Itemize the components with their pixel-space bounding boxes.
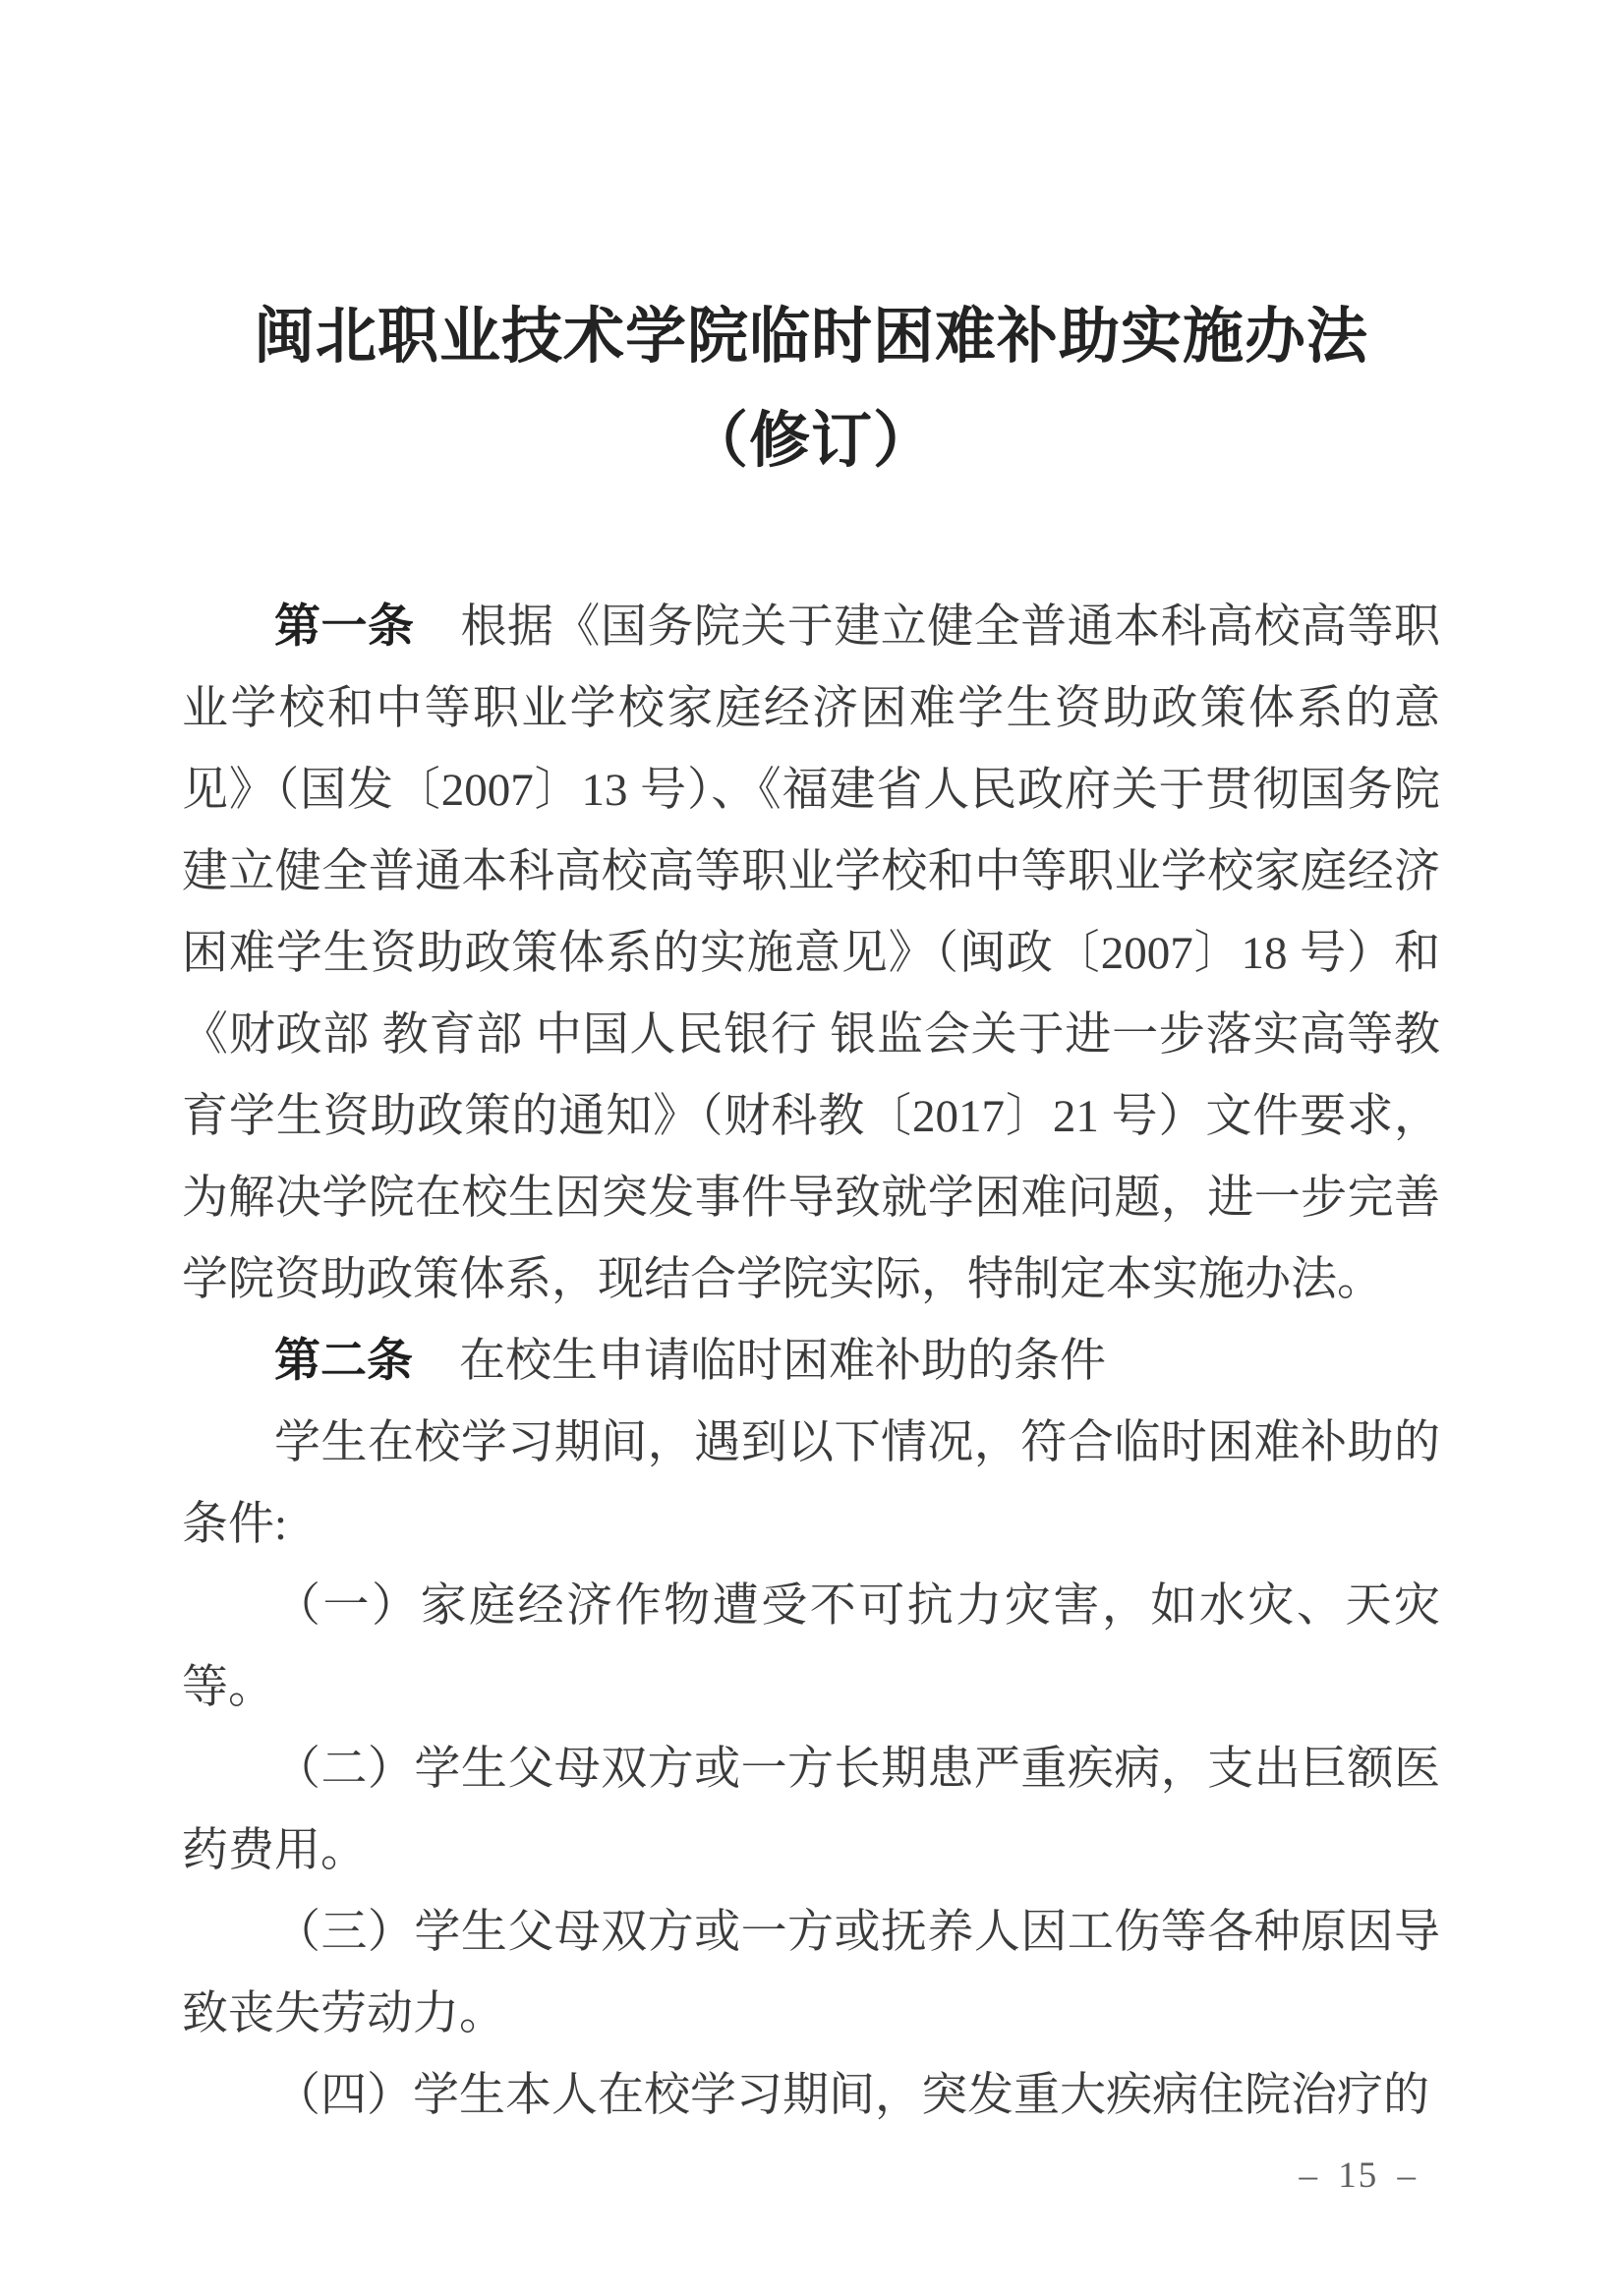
- conditions-intro-paragraph: 学生在校学习期间，遇到以下情况，符合临时困难补助的条件:: [182, 1403, 1440, 1566]
- title-main: 闽北职业技术学院临时困难补助实施办法: [0, 285, 1622, 389]
- title-revision: （修订）: [0, 389, 1622, 493]
- document-title: 闽北职业技术学院临时困难补助实施办法 （修订）: [0, 285, 1622, 493]
- article-2-text: 在校生申请临时困难补助的条件: [459, 1336, 1106, 1387]
- article-1-label: 第一条: [274, 602, 414, 653]
- conditions-intro-text: 学生在校学习期间，遇到以下情况，符合临时困难补助的条件:: [182, 1417, 1440, 1550]
- condition-item-2: （二）学生父母双方或一方长期患严重疾病，支出巨额医药费用。: [182, 1729, 1440, 1892]
- condition-item-4-text: （四）学生本人在校学习期间，突发重大疾病住院治疗的: [274, 2070, 1429, 2121]
- condition-item-2-text: （二）学生父母双方或一方长期患严重疾病，支出巨额医药费用。: [182, 1744, 1440, 1876]
- condition-item-3: （三）学生父母双方或一方或抚养人因工伤等各种原因导致丧失劳动力。: [182, 1892, 1440, 2055]
- condition-item-1-text: （一）家庭经济作物遭受不可抗力灾害，如水灾、天灾等。: [182, 1580, 1440, 1713]
- document-body: 第一条根据《国务院关于建立健全普通本科高校高等职业学校和中等职业学校家庭经济困难…: [182, 587, 1440, 2137]
- condition-item-1: （一）家庭经济作物遭受不可抗力灾害，如水灾、天灾等。: [182, 1566, 1440, 1729]
- article-2-paragraph: 第二条在校生申请临时困难补助的条件: [182, 1321, 1440, 1403]
- condition-item-4: （四）学生本人在校学习期间，突发重大疾病住院治疗的: [182, 2055, 1440, 2137]
- page-number: – 15 –: [1300, 2154, 1419, 2197]
- article-1-text: 根据《国务院关于建立健全普通本科高校高等职业学校和中等职业学校家庭经济困难学生资…: [182, 602, 1440, 1305]
- article-1-paragraph: 第一条根据《国务院关于建立健全普通本科高校高等职业学校和中等职业学校家庭经济困难…: [182, 587, 1440, 1321]
- document-page: 闽北职业技术学院临时困难补助实施办法 （修订） 第一条根据《国务院关于建立健全普…: [0, 0, 1622, 2296]
- condition-item-3-text: （三）学生父母双方或一方或抚养人因工伤等各种原因导致丧失劳动力。: [182, 1907, 1440, 2039]
- article-2-label: 第二条: [274, 1336, 413, 1387]
